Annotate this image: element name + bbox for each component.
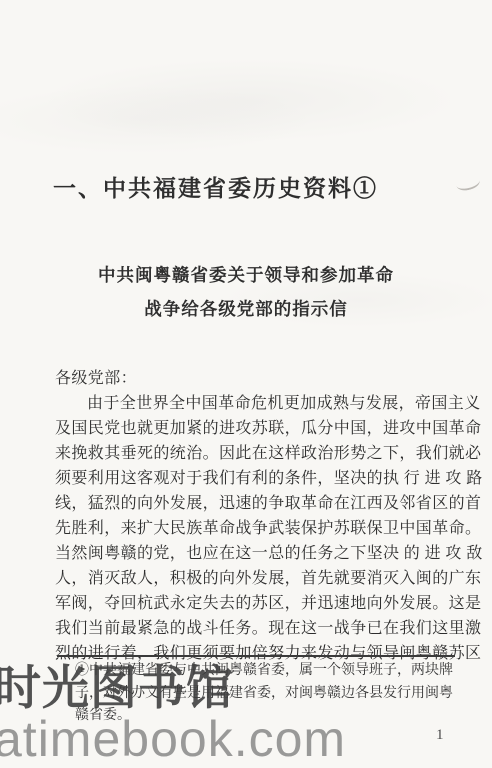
document-title-line1: 中共闽粤赣省委关于领导和参加革命 — [50, 258, 442, 292]
body-line: 军阀，夺回杭武永定失去的苏区，并迅速地向外发展。这是 — [55, 591, 455, 616]
document-title-line2: 战争给各级党部的指示信 — [50, 292, 442, 326]
letter-body: 各级党部： 由于全世界全中国革命危机更加成熟与发展，帝国主义 及国民党也就更加紧… — [55, 366, 455, 666]
body-line: 先胜利，来扩大民族革命战争武装保护苏联保卫中国革命。 — [55, 516, 455, 541]
body-line: 线，猛烈的向外发展，迅速的争取革命在江西及邻省区的首 — [55, 491, 455, 516]
watermark-site-name: 时光图书馆 — [0, 651, 234, 718]
watermark-site-url: atimebook.com — [0, 710, 346, 768]
body-line: 人，消灭敌人，积极的向外发展，首先就要消灭入闽的广东 — [55, 566, 455, 591]
page-number: 1 — [436, 727, 444, 744]
body-line: 当然闽粤赣的党，也应在这一总的任务之下坚决 的 进 攻 敌 — [55, 541, 455, 566]
section-heading: 一、中共福建省委历史资料① — [53, 170, 378, 203]
body-line: 我们当前最紧急的战斗任务。现在这一战争已在我们这里激 — [55, 616, 455, 641]
scan-artifact — [455, 173, 482, 192]
salutation: 各级党部： — [55, 366, 455, 391]
document-title: 中共闽粤赣省委关于领导和参加革命 战争给各级党部的指示信 — [50, 258, 442, 326]
body-line: 来挽救其垂死的统治。因此在这样政治形势之下，我们就必 — [55, 441, 455, 466]
body-line: 须要利用这客观对于我们有利的条件，坚决的执 行 进 攻 路 — [55, 466, 455, 491]
scanned-book-page: 一、中共福建省委历史资料① 中共闽粤赣省委关于领导和参加革命 战争给各级党部的指… — [0, 0, 492, 768]
body-line: 及国民党也就更加紧的进攻苏联，瓜分中国，进攻中国革命 — [55, 416, 455, 441]
body-line: 由于全世界全中国革命危机更加成熟与发展，帝国主义 — [55, 391, 455, 416]
